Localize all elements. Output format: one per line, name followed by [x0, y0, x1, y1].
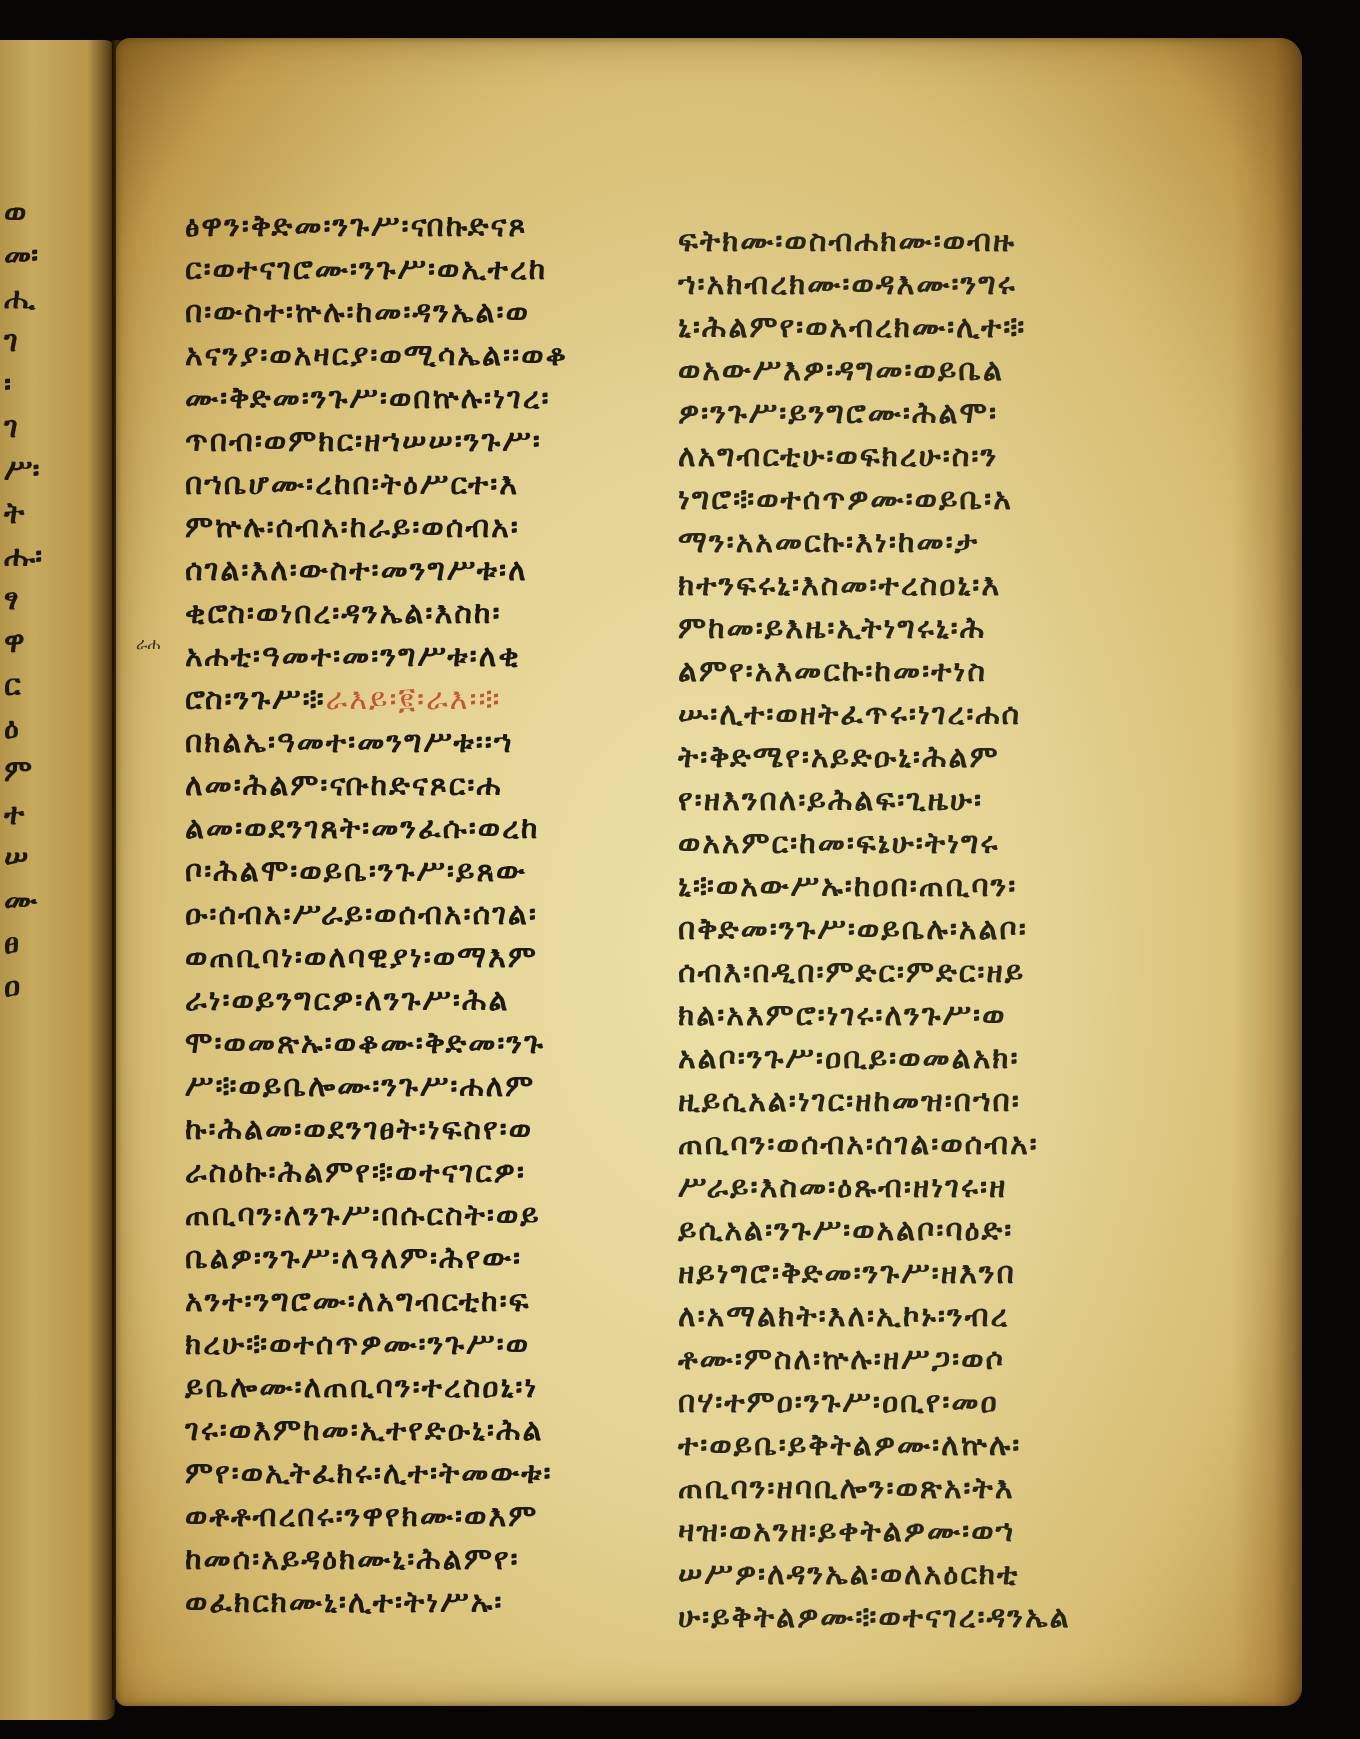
- text-line: ዘይነግሮ፡ቅድመ፡ንጉሥ፡ዘእንበ: [678, 1252, 1071, 1295]
- text-line: አሐቲ፡ዓመተ፡መ፡ንግሥቱ፡ለቂ: [185, 635, 568, 678]
- left-page-text-fragment: ሥ፡: [4, 453, 40, 488]
- text-line: ዑ፡ሰብአ፡ሥራይ፡ወሰብአ፡ሰገል፡: [185, 893, 568, 936]
- text-line: ፍትክሙ፡ወስብሐክሙ፡ወብዙ: [678, 220, 1071, 263]
- text-line: ሙ፡ቅድመ፡ንጉሥ፡ወበኵሉ፡ነገረ፡: [185, 377, 568, 420]
- text-line: ኒ፨ወአውሥኡ፡ከዐበ፡ጠቢባን፡: [678, 865, 1071, 908]
- text-line: ጥበብ፡ወምክር፡ዘኀሠሠ፡ንጉሥ፡: [185, 420, 568, 463]
- text-line: ኒ፡ሕልምየ፡ወአብረክሙ፡ሊተ፨: [678, 306, 1071, 349]
- text-line: ለመ፡ሕልም፡ናቡከድናጾር፡ሐ: [185, 764, 568, 807]
- text-line: ወቶቶብረበሩ፡ንዋየክሙ፡ወእም: [185, 1495, 568, 1538]
- text-line: ለአግብርቲሁ፡ወፍክረሁ፡ስ፡ን: [678, 435, 1071, 478]
- left-page-text-fragment: ሠ: [4, 840, 28, 875]
- text-line: ክል፡አእምሮ፡ነገሩ፡ለንጉሥ፡ወ: [678, 994, 1071, 1037]
- text-line: ልመ፡ወደንገጸት፡መንፈሱ፡ወረከ: [185, 807, 568, 850]
- text-line: አልቦ፡ንጉሥ፡ዐቢይ፡ወመልአክ፡: [678, 1037, 1071, 1080]
- left-page-text-fragment: ወ: [4, 195, 26, 230]
- margin-note: ራሐ: [136, 634, 160, 654]
- text-line: ራስዕኩ፡ሕልምየ፨ወተናገርዎ፡: [185, 1151, 568, 1194]
- text-line: ቂሮስ፡ወነበረ፡ዳንኤል፡እስከ፡: [185, 592, 568, 635]
- text-line: በክልኤ፡ዓመተ፡መንግሥቱ፡፡ኀ: [185, 721, 568, 764]
- text-line: ክረሁ፨ወተሰጥዎሙ፡ንጉሥ፡ወ: [185, 1323, 568, 1366]
- text-line: ጠቢባን፡ዘባቢሎን፡ወጽአ፡ትእ: [678, 1467, 1071, 1510]
- text-line: ይቤሎሙ፡ለጠቢባን፡ተረስዐኒ፡ነ: [185, 1366, 568, 1409]
- text-line: ኀ፡አክብረክሙ፡ወዳእሙ፡ንግሩ: [678, 263, 1071, 306]
- text-line: ት፡ቅድሜየ፡አይድዑኒ፡ሕልም: [678, 736, 1071, 779]
- left-page-text-fragment: ዕ: [4, 711, 19, 746]
- left-page-text-fragment: ተ: [4, 797, 24, 832]
- text-line: ክተንፍሩኒ፡እስመ፡ተረስዐኒ፡እ: [678, 564, 1071, 607]
- text-line: ጠቢባን፡ወሰብአ፡ሰገል፡ወሰብአ፡: [678, 1123, 1071, 1166]
- text-line: አናንያ፡ወአዛርያ፡ወሚሳኤል፡፡ወቆ: [185, 334, 568, 377]
- text-line: ፅዋን፡ቅድመ፡ንጉሥ፡ናበኩድናጾ: [185, 205, 568, 248]
- text-line: ሞ፡ወመጽኡ፡ወቆሙ፡ቅድመ፡ንጉ: [185, 1022, 568, 1065]
- left-page-text-fragment: ፀ: [4, 926, 19, 961]
- text-line: ኩ፡ሕልመ፡ወደንገፀት፡ነፍስየ፡ወ: [185, 1108, 568, 1151]
- text-line: ዛዝ፡ወአንዘ፡ይቀትልዎሙ፡ወኀ: [678, 1510, 1071, 1553]
- text-line: ምከመ፡ይእዜ፡ኢትነግሩኒ፡ሕ: [678, 607, 1071, 650]
- left-page-text-fragment: ገ: [4, 324, 18, 359]
- left-page-text-fragment: ር: [4, 668, 21, 703]
- text-line: ወአአምር፡ከመ፡ፍኔሁ፡ትነግሩ: [678, 822, 1071, 865]
- left-page-text-fragment: መ፡: [4, 238, 38, 273]
- left-page-text-fragment: ት: [4, 496, 24, 531]
- text-line: ለ፡አማልክት፡እለ፡ኢኮኑ፡ንብረ: [678, 1295, 1071, 1338]
- text-line: ይሲአል፡ንጉሥ፡ወአልቦ፡ባዕድ፡: [678, 1209, 1071, 1252]
- text-line: በሃ፡ተምዐ፡ንጉሥ፡ዐቢየ፡መዐ: [678, 1381, 1071, 1424]
- text-line: ቶሙ፡ምስለ፡ኵሉ፡ዘሥጋ፡ወሶ: [678, 1338, 1071, 1381]
- text-line: ወጠቢባነ፡ወለባዊያነ፡ወማእም: [185, 936, 568, 979]
- text-line: ቦ፡ሕልሞ፡ወይቤ፡ንጉሥ፡ይጸው: [185, 850, 568, 893]
- left-page-text-fragment: ሑ፡: [4, 539, 42, 574]
- text-line: ማን፡አአመርኩ፡እነ፡ከመ፡ታ: [678, 521, 1071, 564]
- text-line: ራነ፡ወይንግርዎ፡ለንጉሥ፡ሕል: [185, 979, 568, 1022]
- text-line: ገሩ፡ወእምከመ፡ኢተየድዑኒ፡ሕል: [185, 1409, 568, 1452]
- left-page-text-fragment: ም: [4, 754, 32, 789]
- text-line: ሁ፡ይቅትልዎሙ፨ወተናገረ፡ዳንኤል: [678, 1596, 1071, 1639]
- left-page-fragment: ወመ፡ሒገ፡ገሥ፡ትሑ፡ፃዋርዕምተሠሙፀዐ: [0, 40, 115, 1720]
- text-line: ምኵሉ፡ሰብአ፡ከራይ፡ወሰብአ፡: [185, 506, 568, 549]
- text-line: ምየ፡ወኢትፈክሩ፡ሊተ፡ትመውቱ፡: [185, 1452, 568, 1495]
- text-line: ሡ፡ሊተ፡ወዘትፈጥሩ፡ነገረ፡ሐሰ: [678, 693, 1071, 736]
- text-line: ነግሮ፨ወተሰጥዎሙ፡ወይቤ፡አ: [678, 478, 1071, 521]
- text-line: በቅድመ፡ንጉሥ፡ወይቤሉ፡አልቦ፡: [678, 908, 1071, 951]
- text-line: ተ፡ወይቤ፡ይቅትልዎሙ፡ለኵሉ፡: [678, 1424, 1071, 1467]
- left-page-text-fragment: ፃ: [4, 582, 19, 617]
- text-line: ሮስ፡ንጉሥ፨ራእይ፡፪፡ራእ፡፨: [185, 678, 568, 721]
- left-page-text-fragment: ፡: [4, 367, 11, 402]
- text-line: ወፈክርክሙኒ፡ሊተ፡ትነሥኡ፡: [185, 1581, 568, 1624]
- text-line: ር፡ወተናገሮሙ፡ንጉሥ፡ወኢተረከ: [185, 248, 568, 291]
- left-page-text-fragment: ሙ: [4, 883, 37, 918]
- text-line: ዎ፡ንጉሥ፡ይንግሮሙ፡ሕልሞ፡: [678, 392, 1071, 435]
- text-line: ከመሰ፡አይዳዕክሙኒ፡ሕልምየ፡: [185, 1538, 568, 1581]
- text-line: አንተ፡ንግሮሙ፡ለአግብርቲከ፡ፍ: [185, 1280, 568, 1323]
- text-line: ዚይሲአል፡ነገር፡ዘከመዝ፡በኀበ፡: [678, 1080, 1071, 1123]
- text-line: በኀቤሆሙ፡ረከበ፡ትዕሥርተ፡እ: [185, 463, 568, 506]
- left-page-text-fragment: ገ: [4, 410, 18, 445]
- right-text-column: ፍትክሙ፡ወስብሐክሙ፡ወብዙኀ፡አክብረክሙ፡ወዳእሙ፡ንግሩኒ፡ሕልምየ፡ወ…: [678, 220, 1071, 1639]
- left-page-text-fragment: ሒ: [4, 281, 35, 316]
- text-line: ሰገል፡እለ፡ውስተ፡መንግሥቱ፡ለ: [185, 549, 568, 592]
- text-line: ሥራይ፡እስመ፡ዕጹብ፡ዘነገሩ፡ዘ: [678, 1166, 1071, 1209]
- text-line: ልምየ፡አእመርኩ፡ከመ፡ተነስ: [678, 650, 1071, 693]
- left-text-column: ፅዋን፡ቅድመ፡ንጉሥ፡ናበኩድናጾር፡ወተናገሮሙ፡ንጉሥ፡ወኢተረከበ፡ውስ…: [185, 205, 568, 1624]
- text-line: የ፡ዘእንበለ፡ይሕልፍ፡ጊዜሁ፡: [678, 779, 1071, 822]
- text-line: ሰብእ፡በዲበ፡ምድር፡ምድር፡ዘይ: [678, 951, 1071, 994]
- text-line: ቤልዎ፡ንጉሥ፡ለዓለም፡ሕየው፡: [185, 1237, 568, 1280]
- text-line: ወአውሥእዎ፡ዳግመ፡ወይቤል: [678, 349, 1071, 392]
- left-page-text-fragment: ዐ: [4, 969, 20, 1004]
- text-line: በ፡ውስተ፡ኵሉ፡ከመ፡ዳንኤል፡ወ: [185, 291, 568, 334]
- text-line: ሥ፨ወይቤሎሙ፡ንጉሥ፡ሐለም: [185, 1065, 568, 1108]
- text-line: ሠሥዎ፡ለዳንኤል፡ወለአዕርክቲ: [678, 1553, 1071, 1596]
- text-line: ጠቢባን፡ለንጉሥ፡በሱርስት፡ወይ: [185, 1194, 568, 1237]
- left-page-text-fragment: ዋ: [4, 625, 25, 660]
- rubric-prefix: ሮስ፡ንጉሥ፨: [185, 682, 326, 717]
- rubric-red-text: ራእይ፡፪፡ራእ፡፨: [326, 682, 502, 717]
